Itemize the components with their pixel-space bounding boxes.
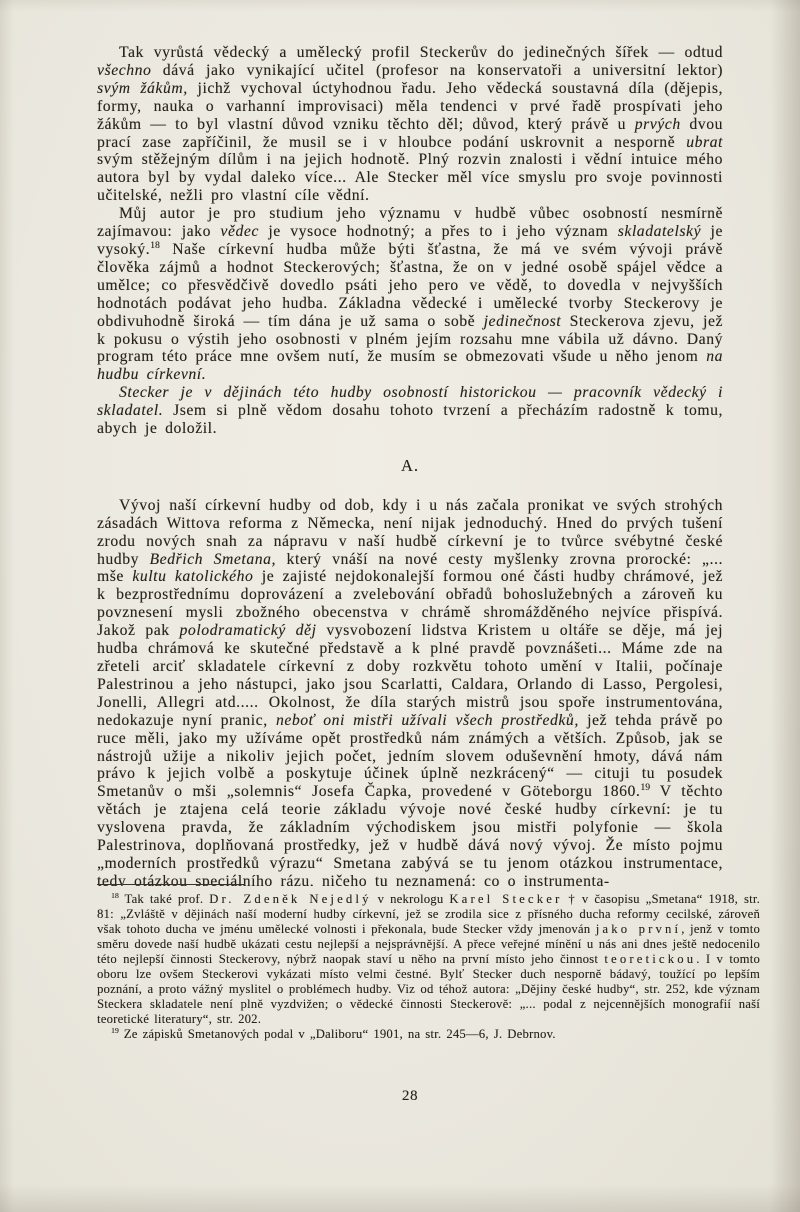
- paragraph-4: Vývoj naší církevní hudby od dob, kdy i …: [97, 497, 723, 886]
- footnote-19: 19 Ze zápisků Smetanových podal v „Dalib…: [97, 1027, 760, 1042]
- book-page: Tak vyrůstá vědecký a umělecký profil St…: [0, 0, 800, 1212]
- footnote-18: 18 Tak také prof. Dr. Zdeněk Nejedlý v n…: [97, 892, 760, 1027]
- footnotes-block: 18 Tak také prof. Dr. Zdeněk Nejedlý v n…: [97, 884, 760, 1042]
- section-heading: A.: [97, 457, 723, 475]
- paragraph-2: Můj autor je pro studium jeho významu v …: [97, 205, 723, 384]
- paragraph-3: Stecker je v dějinách této hudby osobnos…: [97, 384, 723, 438]
- page-number: 28: [97, 1088, 723, 1105]
- paragraph-1: Tak vyrůstá vědecký a umělecký profil St…: [97, 44, 723, 205]
- main-text-block: Tak vyrůstá vědecký a umělecký profil St…: [97, 44, 723, 886]
- footnote-divider: [97, 884, 245, 885]
